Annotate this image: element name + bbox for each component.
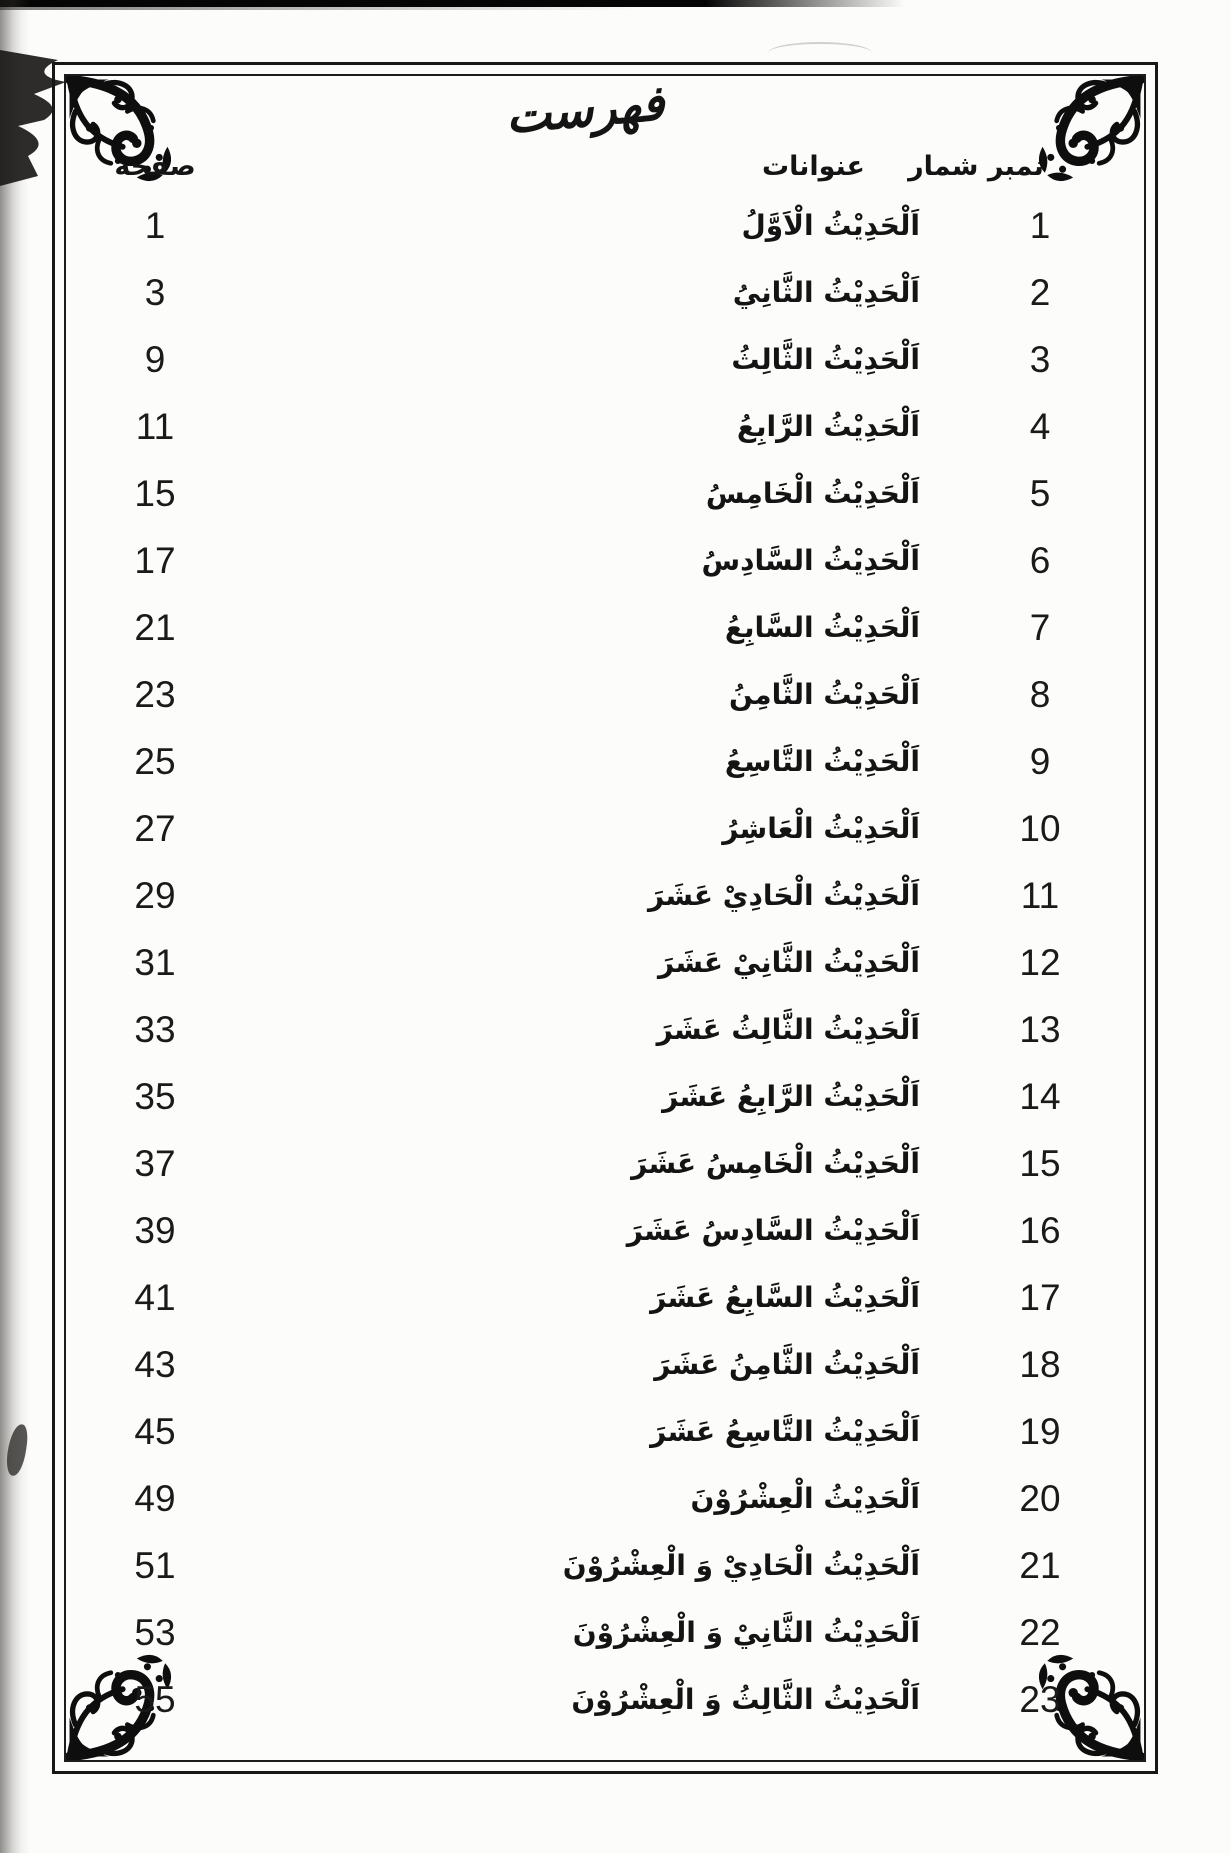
serial-number: 18: [920, 1344, 1160, 1386]
table-row: 45 اَلْحَدِيْثُ التَّاسِعُ عَشَرَ 19: [60, 1398, 1160, 1465]
serial-number: 4: [920, 406, 1160, 448]
hadith-title: اَلْحَدِيْثُ السَّابِعُ عَشَرَ: [250, 1277, 920, 1319]
table-row: 55 اَلْحَدِيْثُ الثَّالِثُ وَ الْعِشْرُو…: [60, 1666, 1160, 1733]
page-number: 25: [60, 741, 250, 783]
hadith-title: اَلْحَدِيْثُ السَّادِسُ: [250, 540, 920, 582]
serial-number: 21: [920, 1545, 1160, 1587]
hadith-title: اَلْحَدِيْثُ الثَّانِيُ: [250, 272, 920, 314]
page-number: 53: [60, 1612, 250, 1654]
page-number: 39: [60, 1210, 250, 1252]
page-number: 45: [60, 1411, 250, 1453]
hadith-title: اَلْحَدِيْثُ التَّاسِعُ: [250, 741, 920, 783]
serial-number: 9: [920, 741, 1160, 783]
hadith-title: اَلْحَدِيْثُ الثَّامِنُ: [250, 674, 920, 716]
table-row: 37 اَلْحَدِيْثُ الْخَامِسُ عَشَرَ 15: [60, 1130, 1160, 1197]
table-header-row: صفحه عنوانات نمبر شمار: [60, 138, 1160, 194]
hadith-title: اَلْحَدِيْثُ السَّابِعُ: [250, 607, 920, 649]
serial-number: 5: [920, 473, 1160, 515]
page-number: 21: [60, 607, 250, 649]
serial-number: 22: [920, 1612, 1160, 1654]
serial-number: 11: [920, 875, 1160, 917]
page-number: 41: [60, 1277, 250, 1319]
serial-number: 7: [920, 607, 1160, 649]
hadith-title: اَلْحَدِيْثُ السَّادِسُ عَشَرَ: [250, 1210, 920, 1252]
table-row: 43 اَلْحَدِيْثُ الثَّامِنُ عَشَرَ 18: [60, 1331, 1160, 1398]
serial-number: 10: [920, 808, 1160, 850]
serial-number: 20: [920, 1478, 1160, 1520]
page-number: 27: [60, 808, 250, 850]
table-row: 27 اَلْحَدِيْثُ الْعَاشِرُ 10: [60, 795, 1160, 862]
column-header-titles: عنوانات: [250, 151, 920, 182]
scan-edge-artifact-top: [0, 0, 905, 7]
page-number: 49: [60, 1478, 250, 1520]
table-row: 9 اَلْحَدِيْثُ الثَّالِثُ 3: [60, 326, 1160, 393]
hadith-title: اَلْحَدِيْثُ الْخَامِسُ عَشَرَ: [250, 1143, 920, 1185]
table-row: 21 اَلْحَدِيْثُ السَّابِعُ 7: [60, 594, 1160, 661]
serial-number: 16: [920, 1210, 1160, 1252]
table-row: 51 اَلْحَدِيْثُ الْحَادِيْ وَ الْعِشْرُو…: [60, 1532, 1160, 1599]
hadith-title: اَلْحَدِيْثُ الثَّالِثُ: [250, 339, 920, 381]
table-row: 17 اَلْحَدِيْثُ السَّادِسُ 6: [60, 527, 1160, 594]
table-row: 1 اَلْحَدِيْثُ الْاَوَّلُ 1: [60, 192, 1160, 259]
scan-edge-artifact-top-2: [0, 7, 640, 10]
table-row: 15 اَلْحَدِيْثُ الْخَامِسُ 5: [60, 460, 1160, 527]
scan-gutter-shadow: [0, 0, 30, 1853]
page-number: 15: [60, 473, 250, 515]
page-number: 29: [60, 875, 250, 917]
page-number: 51: [60, 1545, 250, 1587]
column-header-page: صفحه: [60, 151, 250, 182]
serial-number: 14: [920, 1076, 1160, 1118]
table-row: 11 اَلْحَدِيْثُ الرَّابِعُ 4: [60, 393, 1160, 460]
table-row: 29 اَلْحَدِيْثُ الْحَادِيْ عَشَرَ 11: [60, 862, 1160, 929]
page-number: 3: [60, 272, 250, 314]
table-row: 3 اَلْحَدِيْثُ الثَّانِيُ 2: [60, 259, 1160, 326]
page-number: 31: [60, 942, 250, 984]
page-number: 23: [60, 674, 250, 716]
table-row: 23 اَلْحَدِيْثُ الثَّامِنُ 8: [60, 661, 1160, 728]
hadith-title: اَلْحَدِيْثُ الْعَاشِرُ: [250, 808, 920, 850]
serial-number: 1: [920, 205, 1160, 247]
hadith-title: اَلْحَدِيْثُ الثَّامِنُ عَشَرَ: [250, 1344, 920, 1386]
serial-number: 12: [920, 942, 1160, 984]
hadith-title: اَلْحَدِيْثُ الرَّابِعُ عَشَرَ: [250, 1076, 920, 1118]
page-number: 55: [60, 1679, 250, 1721]
table-row: 31 اَلْحَدِيْثُ الثَّانِيْ عَشَرَ 12: [60, 929, 1160, 996]
serial-number: 17: [920, 1277, 1160, 1319]
hadith-title: اَلْحَدِيْثُ الرَّابِعُ: [250, 406, 920, 448]
serial-number: 6: [920, 540, 1160, 582]
table-row: 49 اَلْحَدِيْثُ الْعِشْرُوْنَ 20: [60, 1465, 1160, 1532]
table-row: 35 اَلْحَدِيْثُ الرَّابِعُ عَشَرَ 14: [60, 1063, 1160, 1130]
page-number: 1: [60, 205, 250, 247]
serial-number: 2: [920, 272, 1160, 314]
table-row: 41 اَلْحَدِيْثُ السَّابِعُ عَشَرَ 17: [60, 1264, 1160, 1331]
hadith-title: اَلْحَدِيْثُ الثَّالِثُ عَشَرَ: [250, 1009, 920, 1051]
toc-table: 1 اَلْحَدِيْثُ الْاَوَّلُ 1 3 اَلْحَدِيْ…: [60, 192, 1160, 1733]
table-row: 25 اَلْحَدِيْثُ التَّاسِعُ 9: [60, 728, 1160, 795]
page-number: 37: [60, 1143, 250, 1185]
hadith-title: اَلْحَدِيْثُ الْحَادِيْ عَشَرَ: [250, 875, 920, 917]
page-number: 33: [60, 1009, 250, 1051]
serial-number: 23: [920, 1679, 1160, 1721]
hadith-title: اَلْحَدِيْثُ الثَّالِثُ وَ الْعِشْرُوْنَ: [250, 1679, 920, 1721]
serial-number: 15: [920, 1143, 1160, 1185]
hadith-title: اَلْحَدِيْثُ التَّاسِعُ عَشَرَ: [250, 1411, 920, 1453]
table-row: 33 اَلْحَدِيْثُ الثَّالِثُ عَشَرَ 13: [60, 996, 1160, 1063]
hadith-title: اَلْحَدِيْثُ الْخَامِسُ: [250, 473, 920, 515]
serial-number: 3: [920, 339, 1160, 381]
hadith-title: اَلْحَدِيْثُ الْحَادِيْ وَ الْعِشْرُوْنَ: [250, 1545, 920, 1587]
page-number: 11: [60, 406, 250, 448]
table-row: 53 اَلْحَدِيْثُ الثَّانِيْ وَ الْعِشْرُو…: [60, 1599, 1160, 1666]
page-number: 17: [60, 540, 250, 582]
scanned-book-page: { "page_title": "فهرست", "table": { "hea…: [0, 0, 1231, 1853]
page-number: 43: [60, 1344, 250, 1386]
serial-number: 13: [920, 1009, 1160, 1051]
column-header-serial: نمبر شمار: [856, 151, 1096, 182]
hadith-title: اَلْحَدِيْثُ الثَّانِيْ وَ الْعِشْرُوْنَ: [250, 1612, 920, 1654]
hadith-title: اَلْحَدِيْثُ الْعِشْرُوْنَ: [250, 1478, 920, 1520]
table-row: 39 اَلْحَدِيْثُ السَّادِسُ عَشَرَ 16: [60, 1197, 1160, 1264]
serial-number: 19: [920, 1411, 1160, 1453]
hadith-title: اَلْحَدِيْثُ الثَّانِيْ عَشَرَ: [250, 942, 920, 984]
hadith-title: اَلْحَدِيْثُ الْاَوَّلُ: [250, 205, 920, 247]
serial-number: 8: [920, 674, 1160, 716]
page-number: 9: [60, 339, 250, 381]
page-number: 35: [60, 1076, 250, 1118]
